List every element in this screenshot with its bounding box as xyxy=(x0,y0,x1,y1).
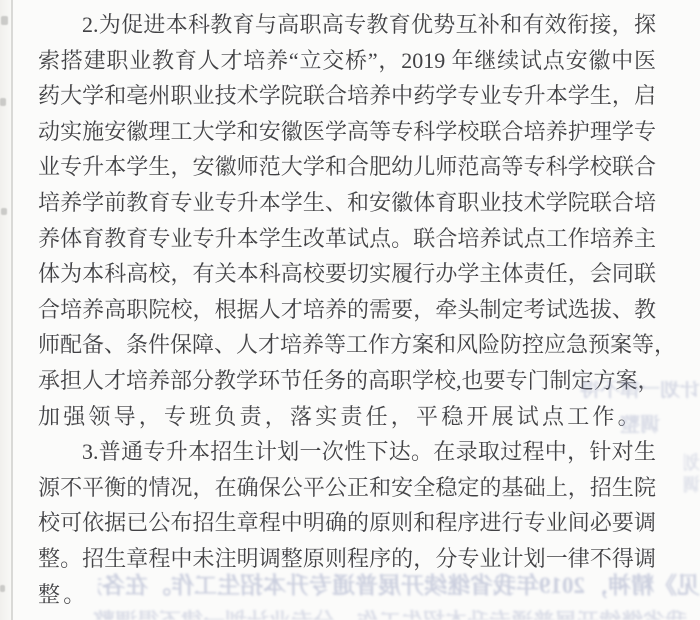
scan-edge-line xyxy=(11,0,13,620)
text-line: 加强领导，专班负责，落实责任，平稳开展试点工作。 xyxy=(38,399,656,435)
text-line: 校可依据已公布招生章程中明确的原则和程序进行专业间必要调 xyxy=(38,505,656,541)
scan-smudge xyxy=(0,98,6,106)
scanned-document-page: 2.为促进本科教育与高职高专教育优势互补和有效衔接，探索搭建职业教育人才培养“立… xyxy=(0,0,700,620)
text-line: 动实施安徽理工大学和安徽医学高等专科学校联合培养护理学专 xyxy=(38,114,656,150)
scan-smudge xyxy=(0,585,5,592)
text-line: 培养学前教育专业专升本学生、和安徽体育职业技术学院联合培 xyxy=(38,185,656,221)
scan-smudge xyxy=(1,16,8,25)
text-line: 整。 xyxy=(38,577,656,613)
text-line: 师配备、条件保障、人才培养等工作方案和风险防控应急预案等， xyxy=(38,327,656,363)
scan-smudge xyxy=(1,208,7,215)
bleed-through-patch: 划调 xyxy=(684,452,700,496)
text-line: 源不平衡的情况，在确保公平公正和安全稳定的基础上，招生院 xyxy=(38,470,656,506)
text-line: 业专升本学生，安徽师范大学和合肥幼儿师范高等专科学校联合 xyxy=(38,149,656,185)
text-line: 2.为促进本科教育与高职高专教育优势互补和有效衔接，探 xyxy=(38,7,656,43)
text-line: 养体育教育专业专升本学生改革试点。联合培养试点工作培养主 xyxy=(38,221,656,257)
text-line: 整。招生章程中未注明调整原则程序的，分专业计划一律不得调 xyxy=(38,541,656,577)
text-block: 2.为促进本科教育与高职高专教育优势互补和有效衔接，探索搭建职业教育人才培养“立… xyxy=(38,7,656,612)
text-line: 索搭建职业教育人才培养“立交桥”，2019 年继续试点安徽中医 xyxy=(38,43,656,79)
text-line: 合培养高职院校，根据人才培养的需要，牵头制定考试选拔、教 xyxy=(38,292,656,328)
text-line: 体为本科高校，有关本科高校要切实履行办学主体责任，会同联 xyxy=(38,256,656,292)
text-line: 3.普通专升本招生计划一次性下达。在录取过程中，针对生 xyxy=(38,434,656,470)
text-line: 药大学和亳州职业技术学院联合培养中药学专业专升本学生，启 xyxy=(38,78,656,114)
text-line: 承担人才培养部分教学环节任务的高职学校,也要专门制定方案， xyxy=(38,363,656,399)
